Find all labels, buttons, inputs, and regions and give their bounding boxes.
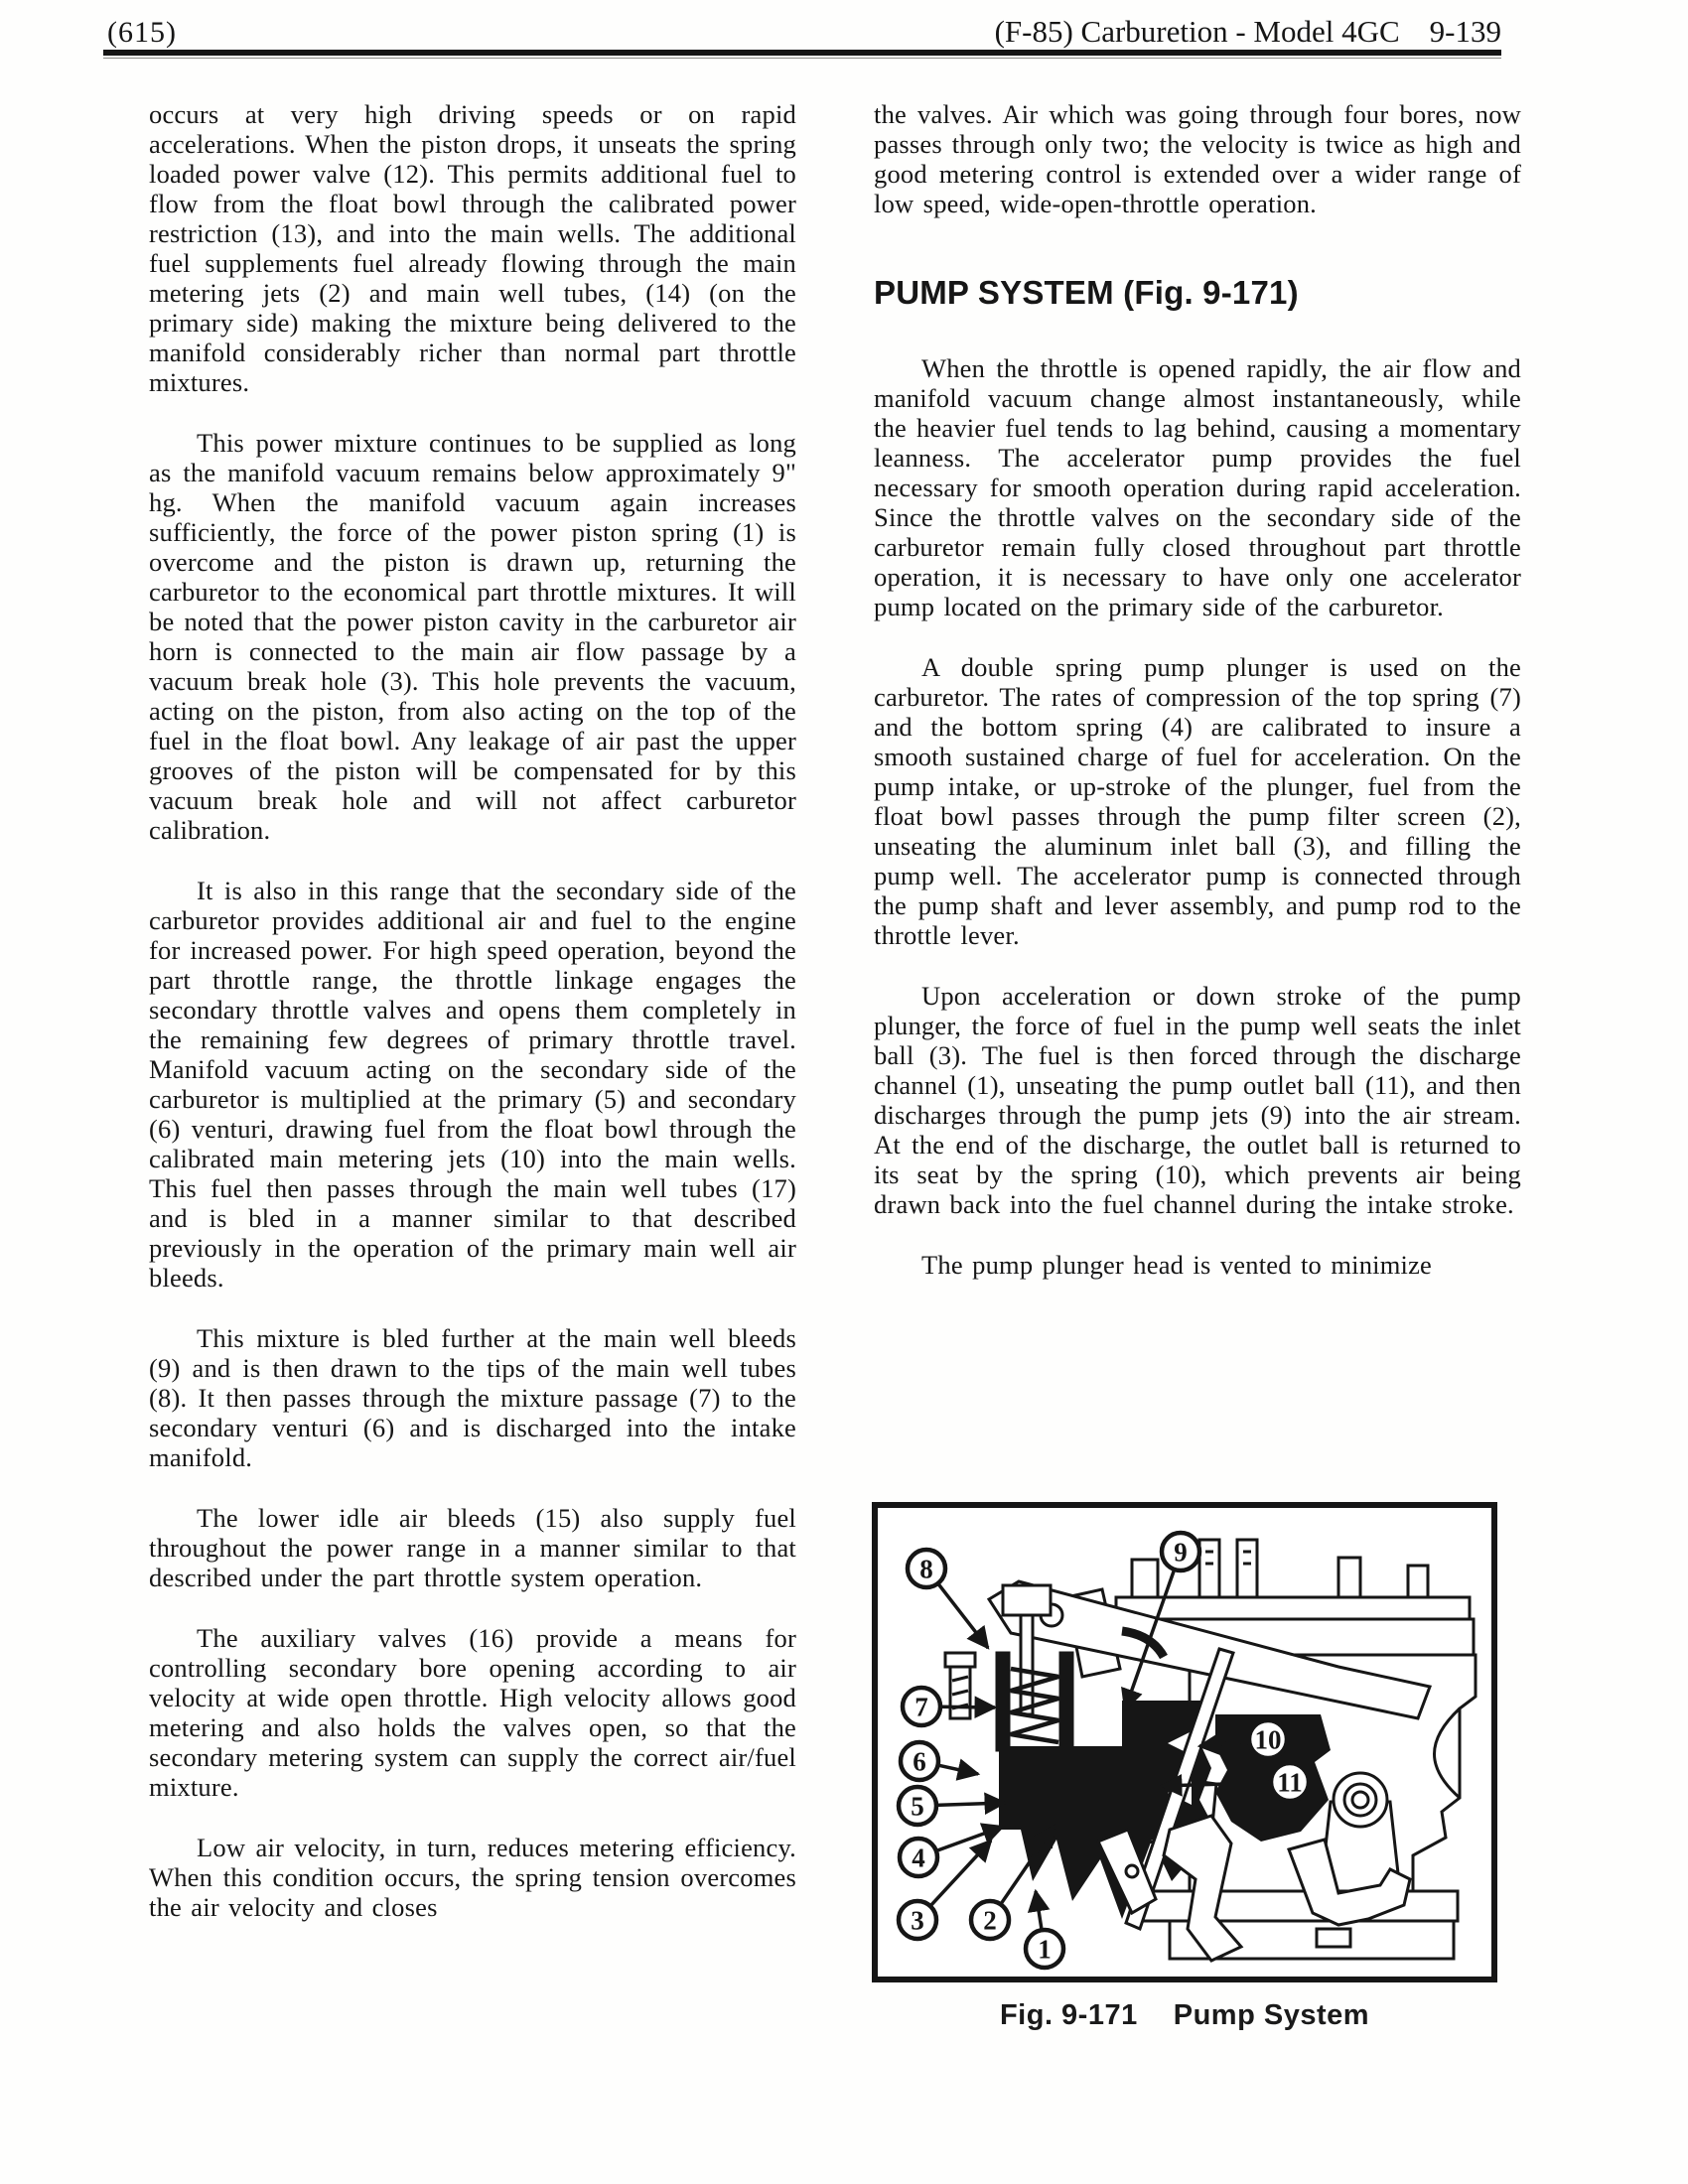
callout-number-1: 1: [1038, 1935, 1052, 1965]
callout-number-7: 7: [914, 1693, 928, 1722]
page-header: (F-85) Carburetion - Model 4GC9-139: [995, 14, 1501, 50]
header-rule: [103, 50, 1501, 56]
callout-number-10: 10: [1255, 1725, 1282, 1755]
paragraph: It is also in this range that the second…: [149, 876, 796, 1293]
manual-page: (615) (F-85) Carburetion - Model 4GC9-13…: [0, 0, 1688, 2184]
callout-number-9: 9: [1174, 1538, 1188, 1568]
callout-number-2: 2: [983, 1906, 997, 1936]
callout-number-11: 11: [1277, 1768, 1303, 1798]
callout-leader-5: [936, 1803, 1005, 1805]
paragraph: occurs at very high driving speeds or on…: [149, 99, 796, 397]
paragraph: The lower idle air bleeds (15) also supp…: [149, 1503, 796, 1592]
header-page-number: 9-139: [1430, 14, 1501, 49]
figure-caption: Fig. 9-171Pump System: [872, 1999, 1497, 2032]
paragraph: This mixture is bled further at the main…: [149, 1323, 796, 1472]
paragraph: The pump plunger head is vented to minim…: [874, 1250, 1521, 1280]
carburetor-illustration: 1234567891011: [872, 1502, 1497, 1982]
figure-caption-title: Pump System: [1174, 1999, 1369, 2031]
paragraph: the valves. Air which was going through …: [874, 99, 1521, 218]
right-column: the valves. Air which was going through …: [874, 99, 1521, 1310]
left-column: occurs at very high driving speeds or on…: [149, 99, 796, 1953]
paragraph: A double spring pump plunger is used on …: [874, 652, 1521, 950]
paragraph: This power mixture continues to be suppl…: [149, 428, 796, 845]
paragraph: Upon acceleration or down stroke of the …: [874, 981, 1521, 1219]
callout-number-4: 4: [912, 1843, 925, 1873]
callout-number-5: 5: [911, 1792, 924, 1822]
figure-pump-system: 1234567891011: [872, 1502, 1497, 1982]
callout-leader-7: [940, 1706, 995, 1707]
paragraph: Low air velocity, in turn, reduces meter…: [149, 1833, 796, 1922]
section-heading-pump-system: PUMP SYSTEM (Fig. 9-171): [874, 274, 1521, 312]
header-title: (F-85) Carburetion - Model 4GC: [995, 14, 1400, 49]
paragraph: The auxiliary valves (16) provide a mean…: [149, 1623, 796, 1802]
callout-number-6: 6: [913, 1747, 926, 1777]
header-rule-shadow: [103, 58, 1501, 59]
left-page-number: (615): [107, 16, 177, 50]
callout-number-3: 3: [911, 1906, 924, 1936]
callout-number-8: 8: [919, 1555, 933, 1584]
paragraph: When the throttle is opened rapidly, the…: [874, 353, 1521, 621]
figure-caption-number: Fig. 9-171: [1000, 1999, 1138, 2031]
